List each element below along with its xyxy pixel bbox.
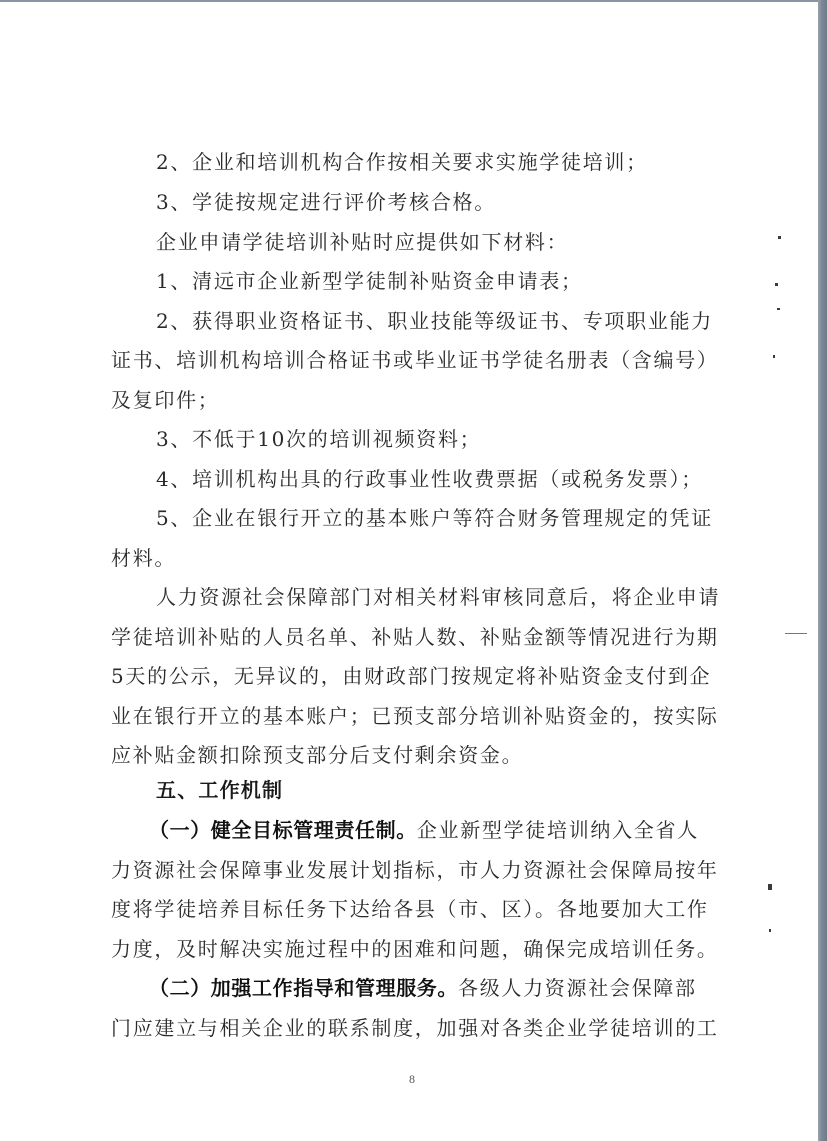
subsection-2-text: 各级人力资源社会保障部 (458, 976, 697, 1000)
scan-speck (777, 308, 780, 310)
scan-speck (778, 236, 781, 239)
text-line: 5、企业在银行开立的基本账户等符合财务管理规定的凭证 (156, 506, 713, 530)
scan-speck (773, 355, 775, 358)
text-line: 业在银行开立的基本账户；已预支部分培训补贴资金的，按实际 (111, 704, 719, 728)
section-heading: 五、工作机制 (156, 778, 283, 802)
subsection-2-first-line: （二）加强工作指导和管理服务。各级人力资源社会保障部 (149, 976, 697, 1000)
subsection-1-title: （一）健全目标管理责任制。 (149, 818, 417, 842)
subsection-2-title: （二）加强工作指导和管理服务。 (149, 976, 458, 1000)
scan-top-edge (0, 0, 827, 2)
text-line: 1、清远市企业新型学徒制补贴资金申请表； (156, 269, 583, 293)
scan-mark-line (785, 633, 807, 634)
scan-speck (768, 884, 772, 890)
text-line: 2、获得职业资格证书、职业技能等级证书、专项职业能力 (156, 309, 713, 333)
text-line: 3、不低于10次的培训视频资料； (156, 427, 481, 451)
text-line: 5天的公示，无异议的，由财政部门按规定将补贴资金支付到企 (111, 664, 711, 688)
scan-right-edge (818, 0, 827, 1141)
subsection-1-first-line: （一）健全目标管理责任制。企业新型学徒培训纳入全省人 (149, 818, 699, 842)
text-line: 学徒培训补贴的人员名单、补贴人数、补贴金额等情况进行为期 (111, 625, 719, 649)
text-line: 证书、培训机构培训合格证书或毕业证书学徒名册表（含编号） (111, 348, 719, 372)
scan-speck (769, 929, 771, 932)
text-line: 度将学徒培养目标任务下达给各县（市、区）。各地要加大工作 (111, 897, 709, 921)
text-line: 材料。 (111, 546, 176, 570)
scan-speck (775, 283, 778, 286)
text-line: 力资源社会保障事业发展计划指标，市人力资源社会保障局按年 (111, 858, 719, 882)
text-line: 门应建立与相关企业的联系制度，加强对各类企业学徒培训的工 (111, 1016, 719, 1040)
text-line: 人力资源社会保障部门对相关材料审核同意后，将企业申请 (156, 585, 720, 609)
text-line: 2、企业和培训机构合作按相关要求实施学徒培训； (156, 150, 648, 174)
text-line: 力度，及时解决实施过程中的困难和问题，确保完成培训任务。 (111, 937, 719, 961)
text-line: 3、学徒按规定进行评价考核合格。 (156, 190, 496, 214)
text-line: 应补贴金额扣除预支部分后支付剩余资金。 (111, 743, 523, 767)
text-line: 企业申请学徒培训补贴时应提供如下材料： (156, 230, 568, 254)
text-line: 及复印件； (111, 388, 220, 412)
subsection-1-text: 企业新型学徒培训纳入全省人 (417, 818, 699, 842)
text-line: 4、培训机构出具的行政事业性收费票据（或税务发票）； (156, 467, 703, 491)
page-number: 8 (409, 1072, 415, 1087)
